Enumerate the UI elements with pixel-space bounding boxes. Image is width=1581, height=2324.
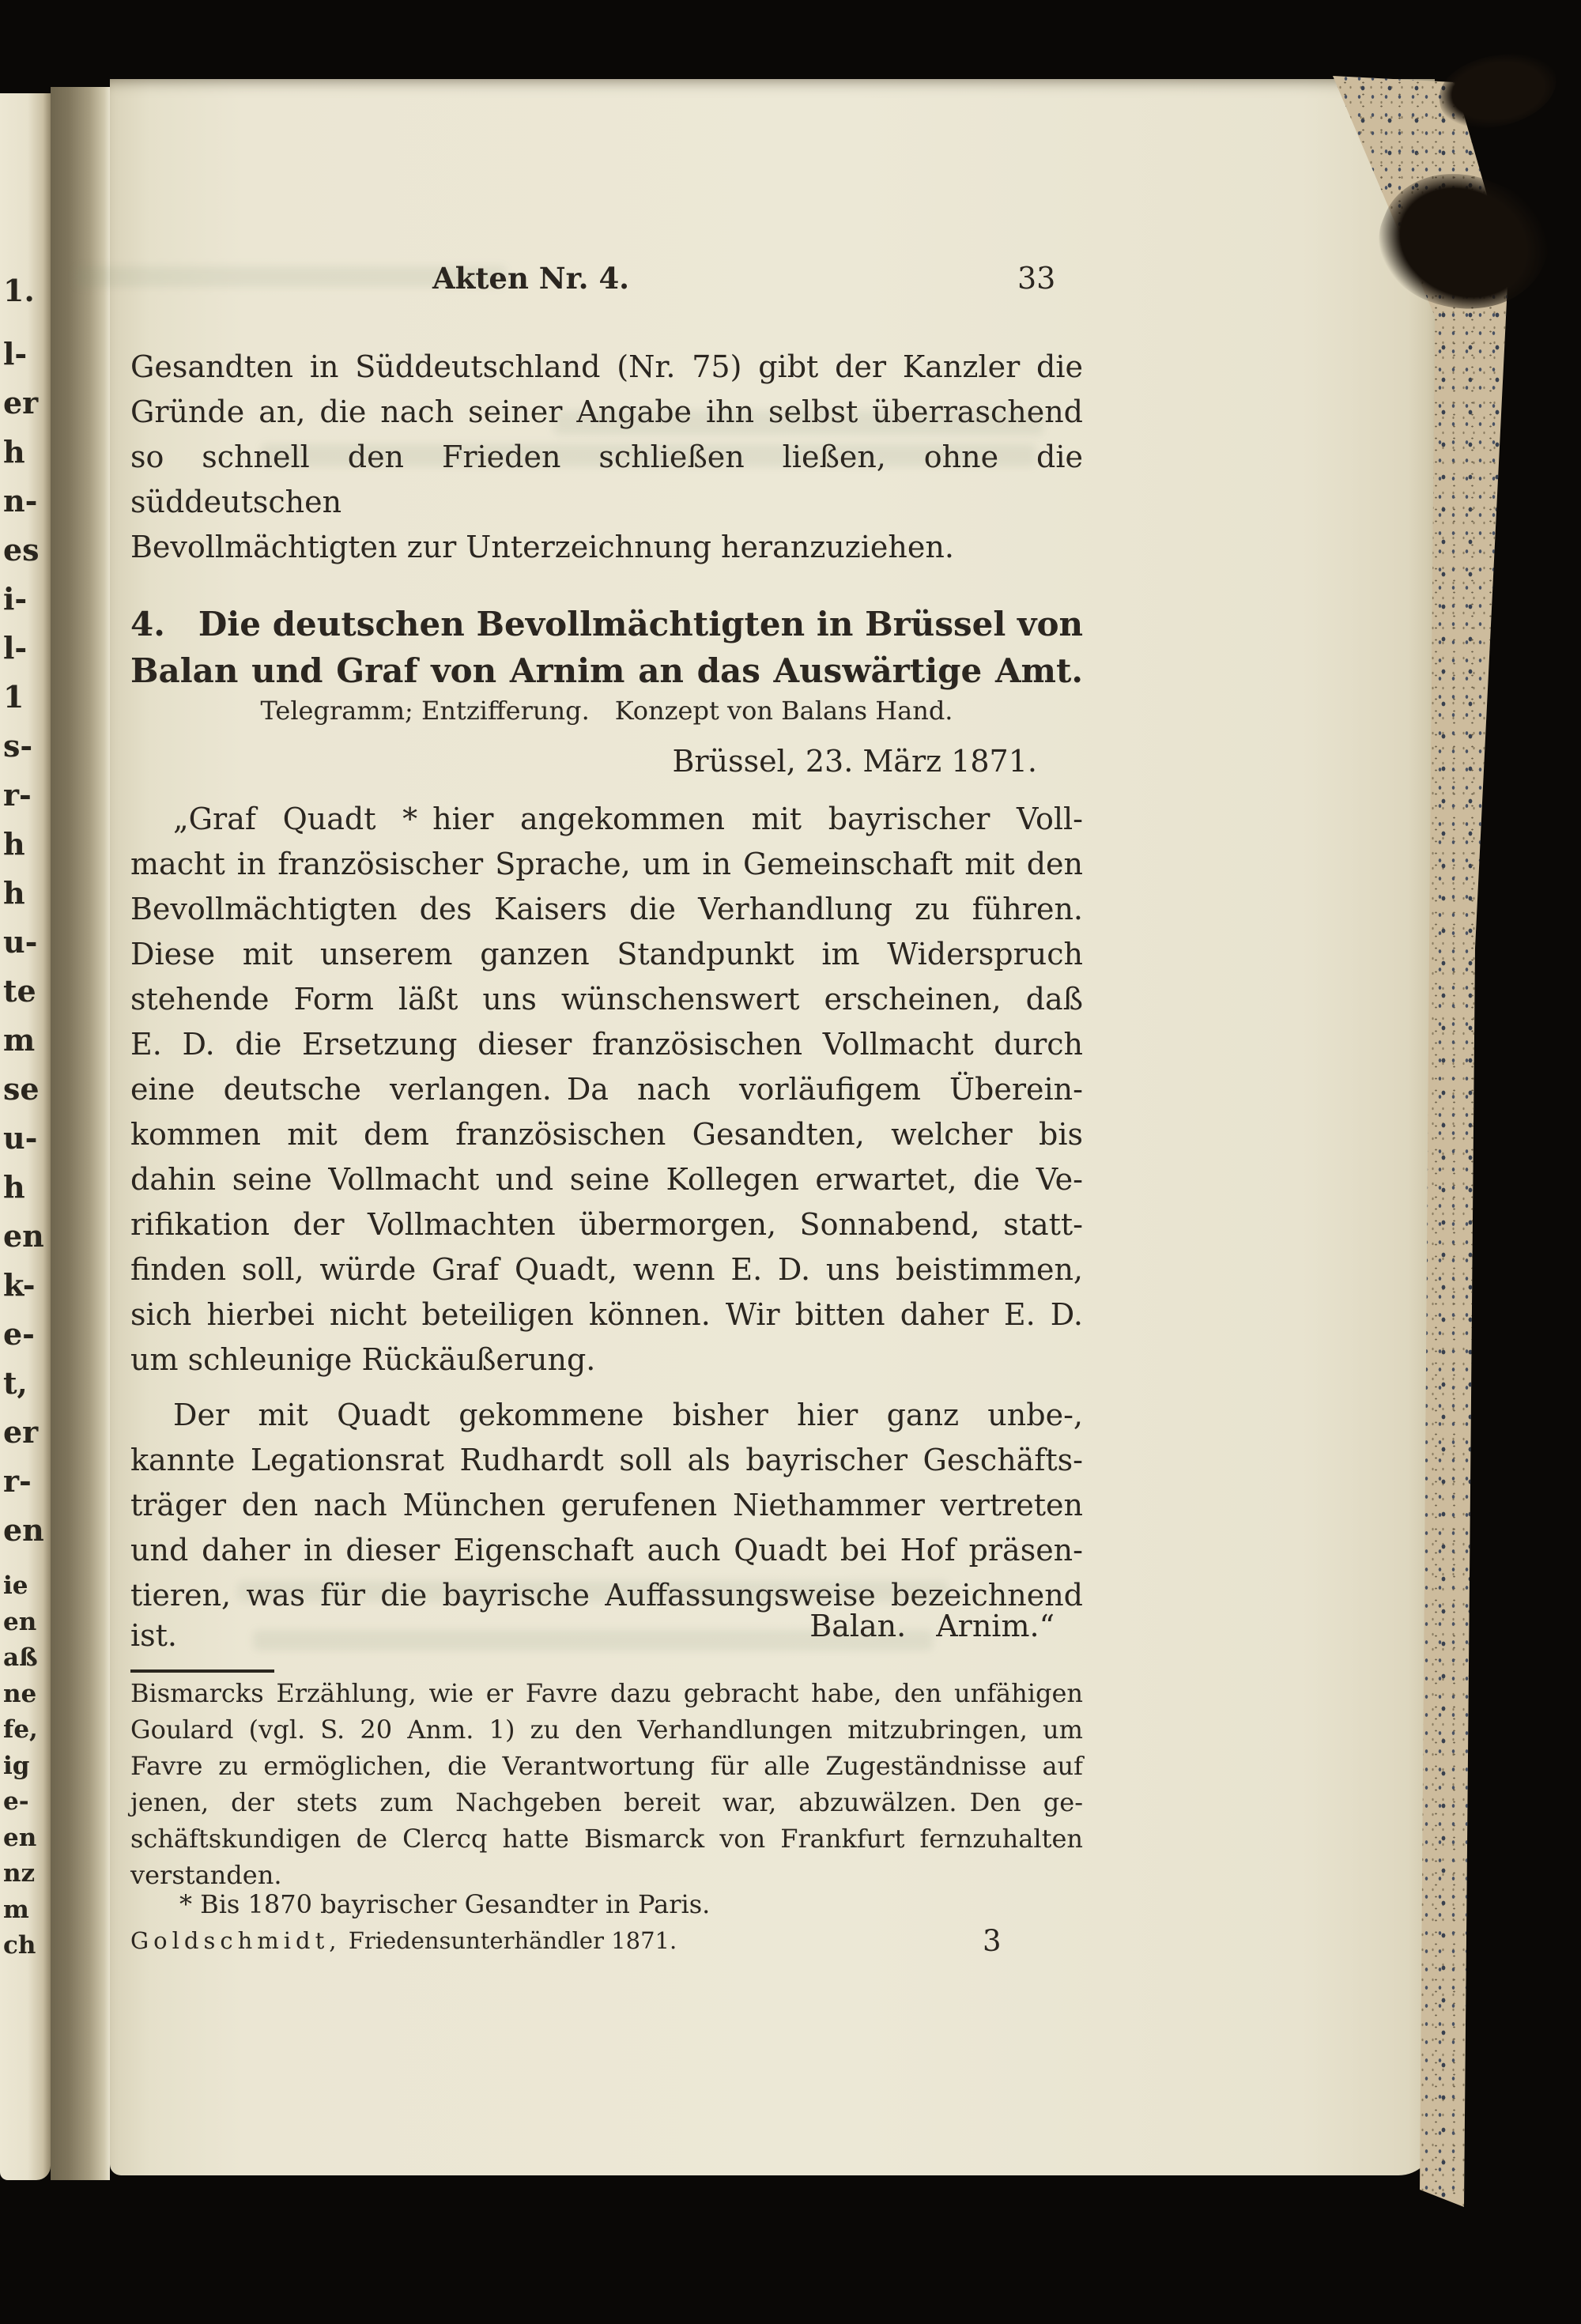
footnote-commentary-line: schäftskundigen de Clercq hatte Bismarck… [130, 1820, 1083, 1857]
intro-paragraph-line: Gesandten in Süddeutschland (Nr. 75) gib… [130, 345, 1083, 390]
cutoff-line-fragment: ne [3, 1680, 36, 1708]
telegram-paragraph-1-line: Bevollmächtigten des Kaisers die Verhand… [130, 887, 1083, 932]
telegram-paragraph-1-line: um schleunige Rückäußerung. [130, 1337, 1083, 1383]
telegram-paragraph-1-line: finden soll, würde Graf Quadt, wenn E. D… [130, 1247, 1083, 1292]
facing-page-fragments-lower: ieenaßnefe,ige-ennzmch [0, 0, 51, 2324]
footer-work-title: Friedensunterhändler 1871. [349, 1927, 677, 1954]
telegram-paragraph-2-line: träger den nach München gerufenen Nietha… [130, 1483, 1083, 1528]
signature: Balan. Arnim.“ [809, 1609, 1055, 1643]
telegram-paragraph-1-line: kommen mit dem französischen Gesandten, … [130, 1112, 1083, 1157]
telegram-paragraph-1-line: macht in französischer Sprache, um in Ge… [130, 842, 1083, 887]
telegram-paragraph-1-line: Diese mit unserem ganzen Standpunkt im W… [130, 932, 1083, 977]
running-title: Akten Nr. 4. [432, 261, 629, 296]
footnote-commentary-line: verstanden. [130, 1857, 1083, 1893]
footnote-commentary-line: Goulard (vgl. S. 20 Anm. 1) zu den Verha… [130, 1711, 1083, 1748]
cutoff-line-fragment: aß [3, 1643, 38, 1672]
closing-word: ist. [130, 1618, 177, 1653]
cutoff-line-fragment: fe, [3, 1715, 38, 1744]
telegram-paragraph-2-line: Der mit Quadt gekommene bisher hier ganz… [130, 1393, 1083, 1438]
intro-paragraph-line: Bevollmächtigten zur Unterzeichnung hera… [130, 525, 1083, 570]
intro-paragraph: Gesandten in Süddeutschland (Nr. 75) gib… [130, 345, 1083, 570]
footnote-commentary-line: Bismarcks Erzählung, wie er Favre dazu g… [130, 1675, 1083, 1711]
telegram-paragraph-1-line: E. D. die Ersetzung dieser französischen… [130, 1022, 1083, 1067]
telegram-paragraph-1: „Graf Quadt * hier angekommen mit bayris… [130, 797, 1083, 1383]
footnote-commentary-line: Favre zu ermöglichen, die Verantwortung … [130, 1748, 1083, 1784]
footnote-star-note: * Bis 1870 bayrischer Gesandter in Paris… [130, 1889, 1083, 1919]
cutoff-line-fragment: m [3, 1896, 29, 1924]
telegram-paragraph-1-line: stehende Form läßt uns wünschenswert ers… [130, 977, 1083, 1022]
book-photo: 1.l-erhn-esi-l-1s-r-hhu-temseu-henk-e-t,… [0, 0, 1581, 2324]
closing-row: ist. Balan. Arnim.“ [130, 1618, 1083, 1663]
cutoff-line-fragment: nz [3, 1859, 35, 1888]
gutter-shadow [51, 87, 110, 2180]
source-note: Telegramm; Entzifferung. Konzept von Bal… [130, 696, 1083, 726]
sheet-number: 3 [983, 1924, 1002, 1958]
binding-threads [1434, 47, 1561, 134]
intro-paragraph-line: Gründe an, die nach seiner Angabe ihn se… [130, 390, 1083, 435]
telegram-paragraph-2-line: und daher in dieser Eigenschaft auch Qua… [130, 1528, 1083, 1573]
footnote-commentary-line: jenen, der stets zum Nachgeben bereit wa… [130, 1784, 1083, 1820]
document-heading-line: Balan und Graf von Arnim an das Auswärti… [130, 647, 1083, 694]
cutoff-line-fragment: ig [3, 1752, 29, 1780]
document-heading: 4. Die deutschen Bevollmächtigten in Brü… [130, 601, 1083, 694]
cutoff-line-fragment: e- [3, 1787, 29, 1816]
telegram-paragraph-1-line: sich hierbei nicht beteiligen können. Wi… [130, 1292, 1083, 1337]
telegram-paragraph-1-line: dahin seine Vollmacht und seine Kollegen… [130, 1157, 1083, 1202]
cutoff-line-fragment: en [3, 1608, 36, 1636]
dateline: Brüssel, 23. März 1871. [130, 744, 1083, 779]
cutoff-line-fragment: en [3, 1824, 36, 1852]
telegram-paragraph-1-line: „Graf Quadt * hier angekommen mit bayris… [130, 797, 1083, 842]
footnote-rule [130, 1669, 274, 1673]
telegram-paragraph-2: Der mit Quadt gekommene bisher hier ganz… [130, 1393, 1083, 1618]
footnote-commentary: Bismarcks Erzählung, wie er Favre dazu g… [130, 1675, 1083, 1893]
footer-row: Goldschmidt, Friedensunterhändler 1871. … [130, 1927, 1083, 1964]
telegram-paragraph-2-line: kannte Legationsrat Rudhardt soll als ba… [130, 1438, 1083, 1483]
cutoff-line-fragment: ch [3, 1931, 36, 1960]
running-head: Akten Nr. 4. 33 [130, 261, 1083, 302]
document-heading-line: 4. Die deutschen Bevollmächtigten in Brü… [130, 601, 1083, 647]
telegram-paragraph-1-line: rifikation der Vollmachten übermorgen, S… [130, 1202, 1083, 1247]
footer-publisher: Goldschmidt, [130, 1927, 341, 1954]
cutoff-line-fragment: ie [3, 1571, 28, 1600]
page-number: 33 [1017, 261, 1055, 296]
intro-paragraph-line: so schnell den Frieden schließen ließen,… [130, 435, 1083, 525]
telegram-paragraph-1-line: eine deutsche verlangen. Da nach vorläuf… [130, 1067, 1083, 1112]
